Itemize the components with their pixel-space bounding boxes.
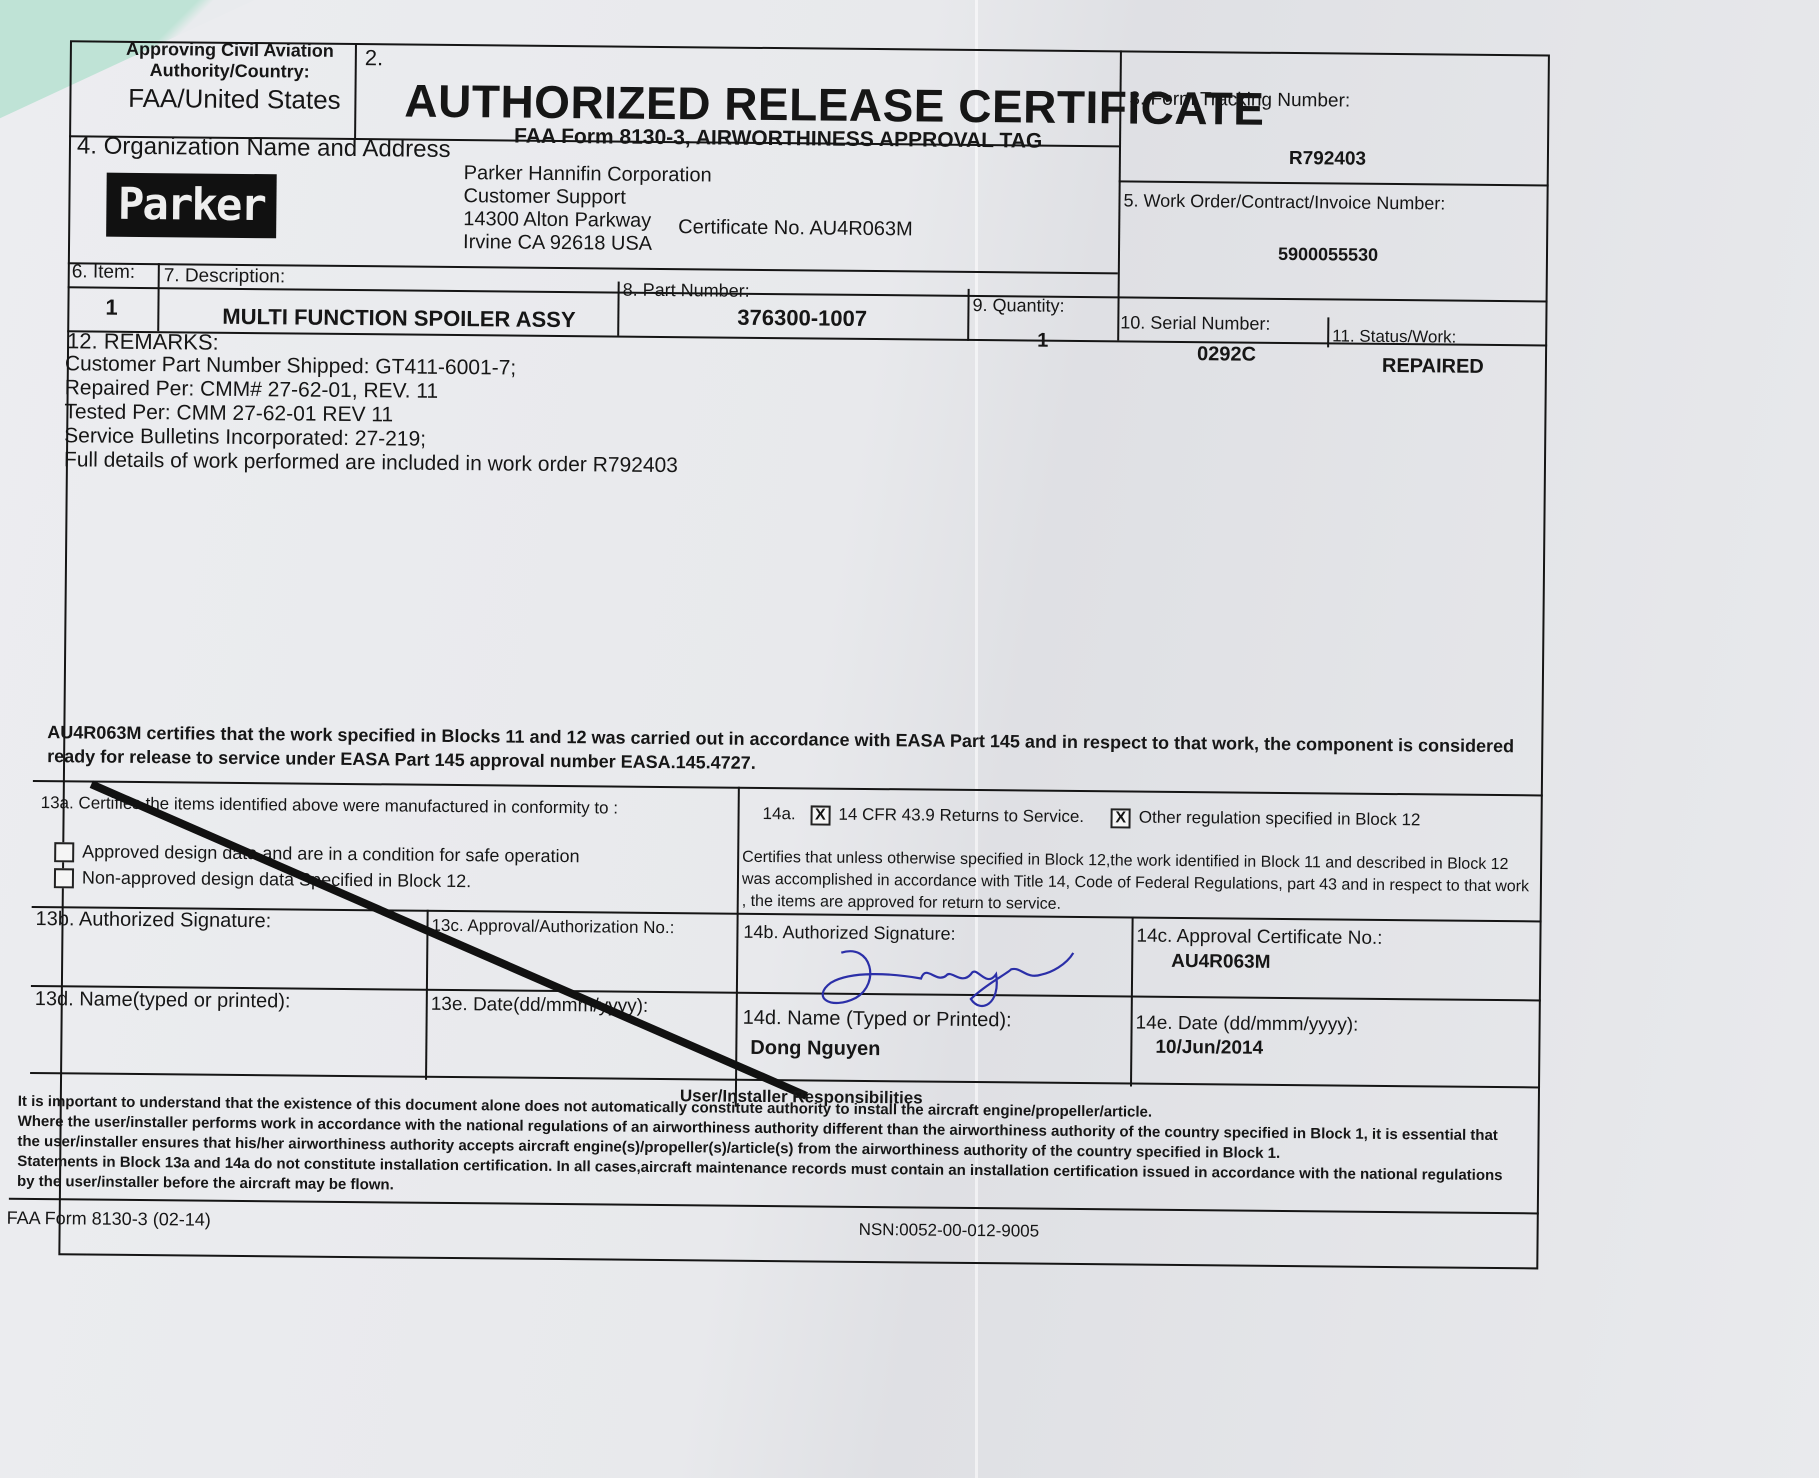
status-header: 11. Status/Work:	[1332, 326, 1456, 347]
option-label: Other regulation specified in Block 12	[1139, 808, 1421, 830]
nsn-number: NSN:0052-00-012-9005	[859, 1220, 1040, 1242]
status-value: REPAIRED	[1382, 355, 1484, 379]
block13b-label: 13b. Authorized Signature:	[35, 908, 271, 933]
serial-number-header: 10. Serial Number:	[1120, 312, 1270, 334]
responsibilities-text: It is important to understand that the e…	[17, 1092, 1538, 1207]
cfr-43-9-checkbox[interactable]: X	[810, 805, 830, 825]
certificate-number: Certificate No. AU4R063M	[678, 216, 913, 241]
item-value: 1	[105, 295, 117, 321]
quantity-value: 1	[1037, 330, 1048, 353]
part-number-value: 376300-1007	[737, 305, 867, 332]
block13c-label: 13c. Approval/Authorization No.:	[431, 916, 674, 938]
signatory-name: Dong Nguyen	[750, 1037, 880, 1061]
approved-design-checkbox[interactable]	[54, 842, 74, 862]
block14e-label: 14e. Date (dd/mmm/yyyy):	[1136, 1013, 1359, 1037]
block5-label: 5. Work Order/Contract/Invoice Number:	[1123, 190, 1445, 214]
block14b-label: 14b. Authorized Signature:	[743, 922, 955, 945]
block13a-option-non-approved[interactable]: Non-approved design data Specified in Bl…	[54, 866, 471, 892]
block14a-label: 14a.	[763, 804, 796, 823]
item-header: 6. Item:	[72, 261, 136, 284]
approval-certificate-number: AU4R063M	[1171, 951, 1270, 974]
block13d-label: 13d. Name(typed or printed):	[35, 988, 291, 1013]
block3-label: 3. Form Tracking Number:	[1129, 88, 1350, 112]
approving-authority-value: FAA/United States	[109, 83, 359, 116]
quantity-header: 9. Quantity:	[972, 295, 1064, 317]
block1-label: Approving Civil Aviation Authority/Count…	[120, 39, 340, 83]
form-tracking-number: R792403	[1289, 148, 1366, 171]
block14d-label: 14d. Name (Typed or Printed):	[743, 1007, 1012, 1033]
form-version: FAA Form 8130-3 (02-14)	[7, 1208, 211, 1231]
other-regulation-checkbox[interactable]: X	[1111, 808, 1131, 828]
non-approved-design-checkbox[interactable]	[54, 868, 74, 888]
remarks-list: Customer Part Number Shipped: GT411-6001…	[64, 352, 679, 478]
block14a-statement: Certifies that unless otherwise specifie…	[742, 847, 1533, 921]
parker-logo: Parker	[106, 173, 277, 239]
work-order-number: 5900055530	[1278, 244, 1378, 266]
option-label: Approved design data and are in a condit…	[82, 841, 580, 866]
authorized-signature	[811, 942, 1082, 1015]
organization-address: Parker Hannifin Corporation Customer Sup…	[463, 162, 712, 256]
description-value: MULTI FUNCTION SPOILER ASSY	[222, 304, 575, 333]
block14c-label: 14c. Approval Certificate No.:	[1136, 926, 1382, 950]
block2-label: 2.	[365, 45, 384, 71]
description-header: 7. Description:	[164, 265, 286, 288]
release-date: 10/Jun/2014	[1155, 1037, 1263, 1060]
serial-number-value: 0292C	[1197, 343, 1256, 367]
part-number-header: 8. Part Number:	[623, 280, 750, 302]
authorized-release-certificate-form: Approving Civil Aviation Authority/Count…	[27, 40, 1775, 1422]
block4-label: 4. Organization Name and Address	[77, 132, 451, 164]
divider	[1327, 317, 1329, 347]
option-label: 14 CFR 43.9 Returns to Service.	[838, 805, 1084, 826]
option-label: Non-approved design data Specified in Bl…	[82, 867, 471, 891]
form-subtitle: FAA Form 8130-3, AIRWORTHINESS APPROVAL …	[514, 125, 1042, 154]
